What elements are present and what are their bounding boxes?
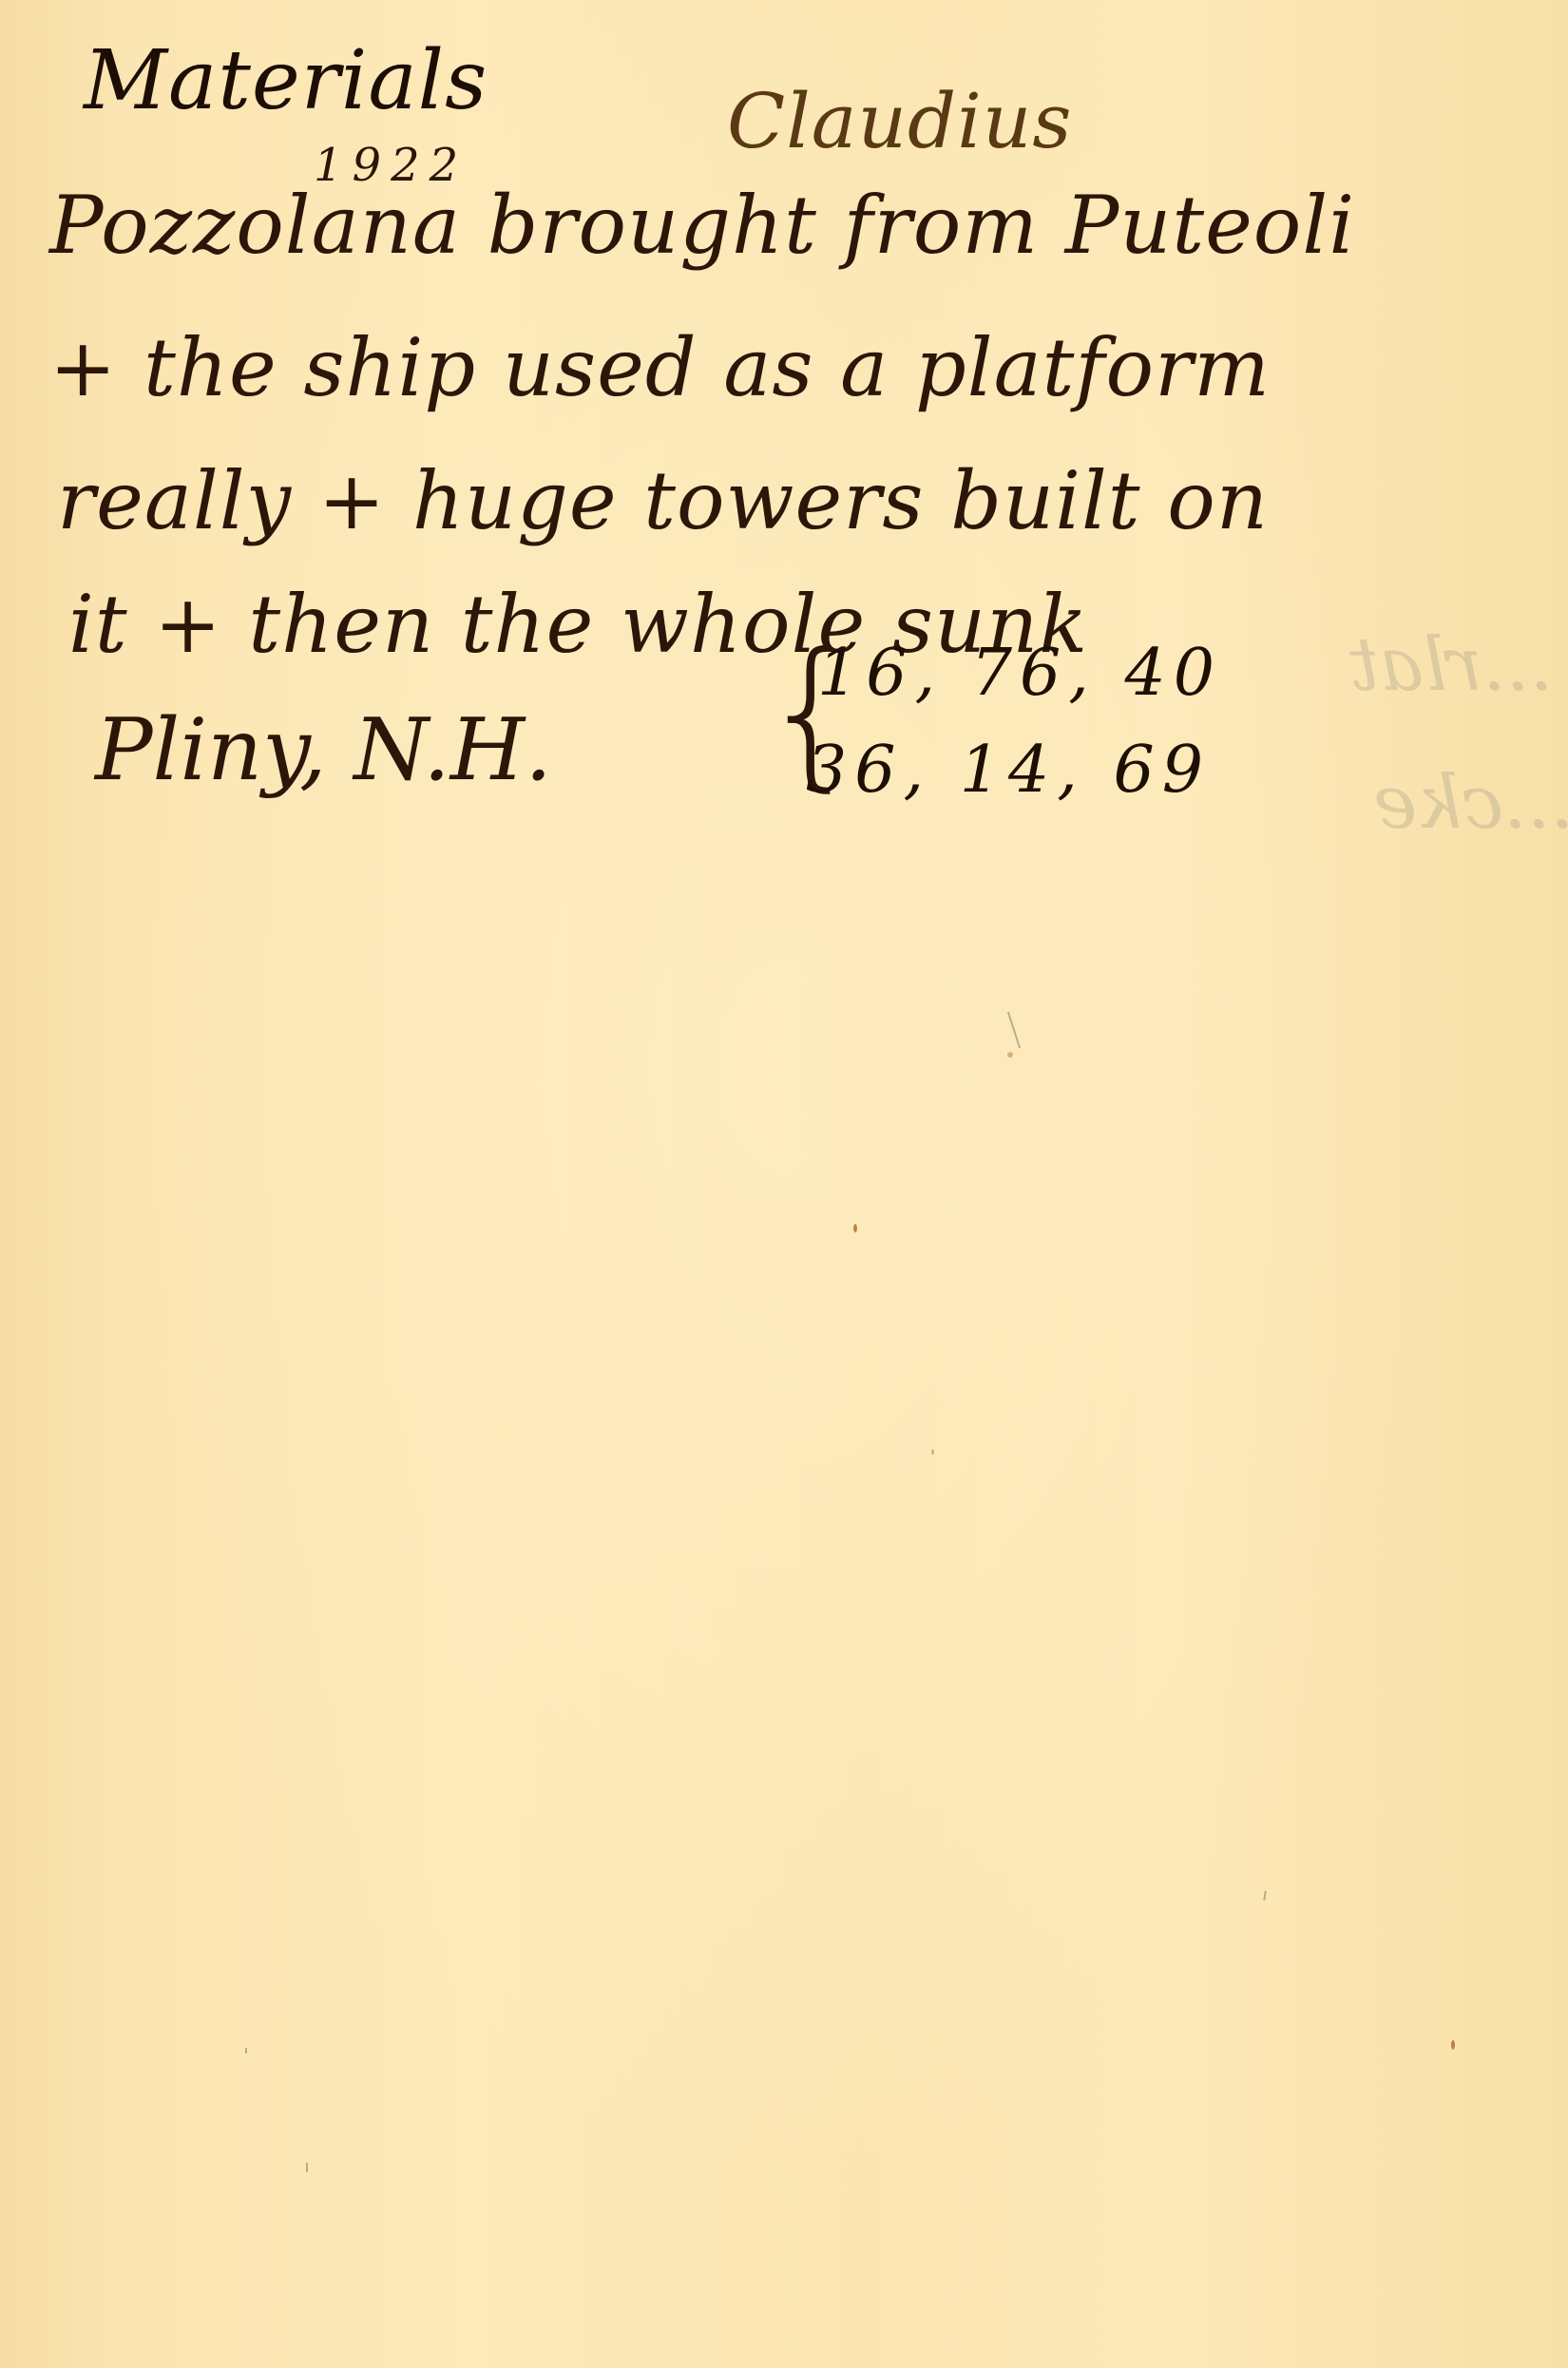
- bleed-through-text-1: ...rlat: [1349, 622, 1553, 708]
- paper-speck: [931, 1449, 934, 1455]
- note-line-3: really + huge towers built on: [57, 461, 1269, 541]
- paper-fiber: [1263, 1891, 1266, 1900]
- note-line-1: Pozzolana brought from Puteoli: [49, 185, 1355, 265]
- margin-name-claudius: Claudius: [727, 84, 1072, 160]
- citation-reference-1: 16, 76, 40: [817, 641, 1222, 706]
- note-line-2: + the ship used as a platform: [49, 328, 1271, 408]
- paper-speck: [1451, 2040, 1455, 2050]
- paper-speck: [1007, 1052, 1013, 1058]
- paper-fiber: [1007, 1012, 1021, 1049]
- note-card: Materials 1922 Claudius Pozzolana brough…: [0, 0, 1568, 2368]
- paper-fiber: [245, 2048, 247, 2053]
- bleed-through-text-2: ...cke: [1373, 760, 1568, 846]
- citation-reference-2: 36, 14, 69: [806, 738, 1211, 803]
- citation-author: Pliny, N.H.: [95, 708, 552, 793]
- paper-fiber: [306, 2163, 308, 2172]
- paper-speck: [853, 1224, 857, 1232]
- heading-materials: Materials: [84, 40, 488, 122]
